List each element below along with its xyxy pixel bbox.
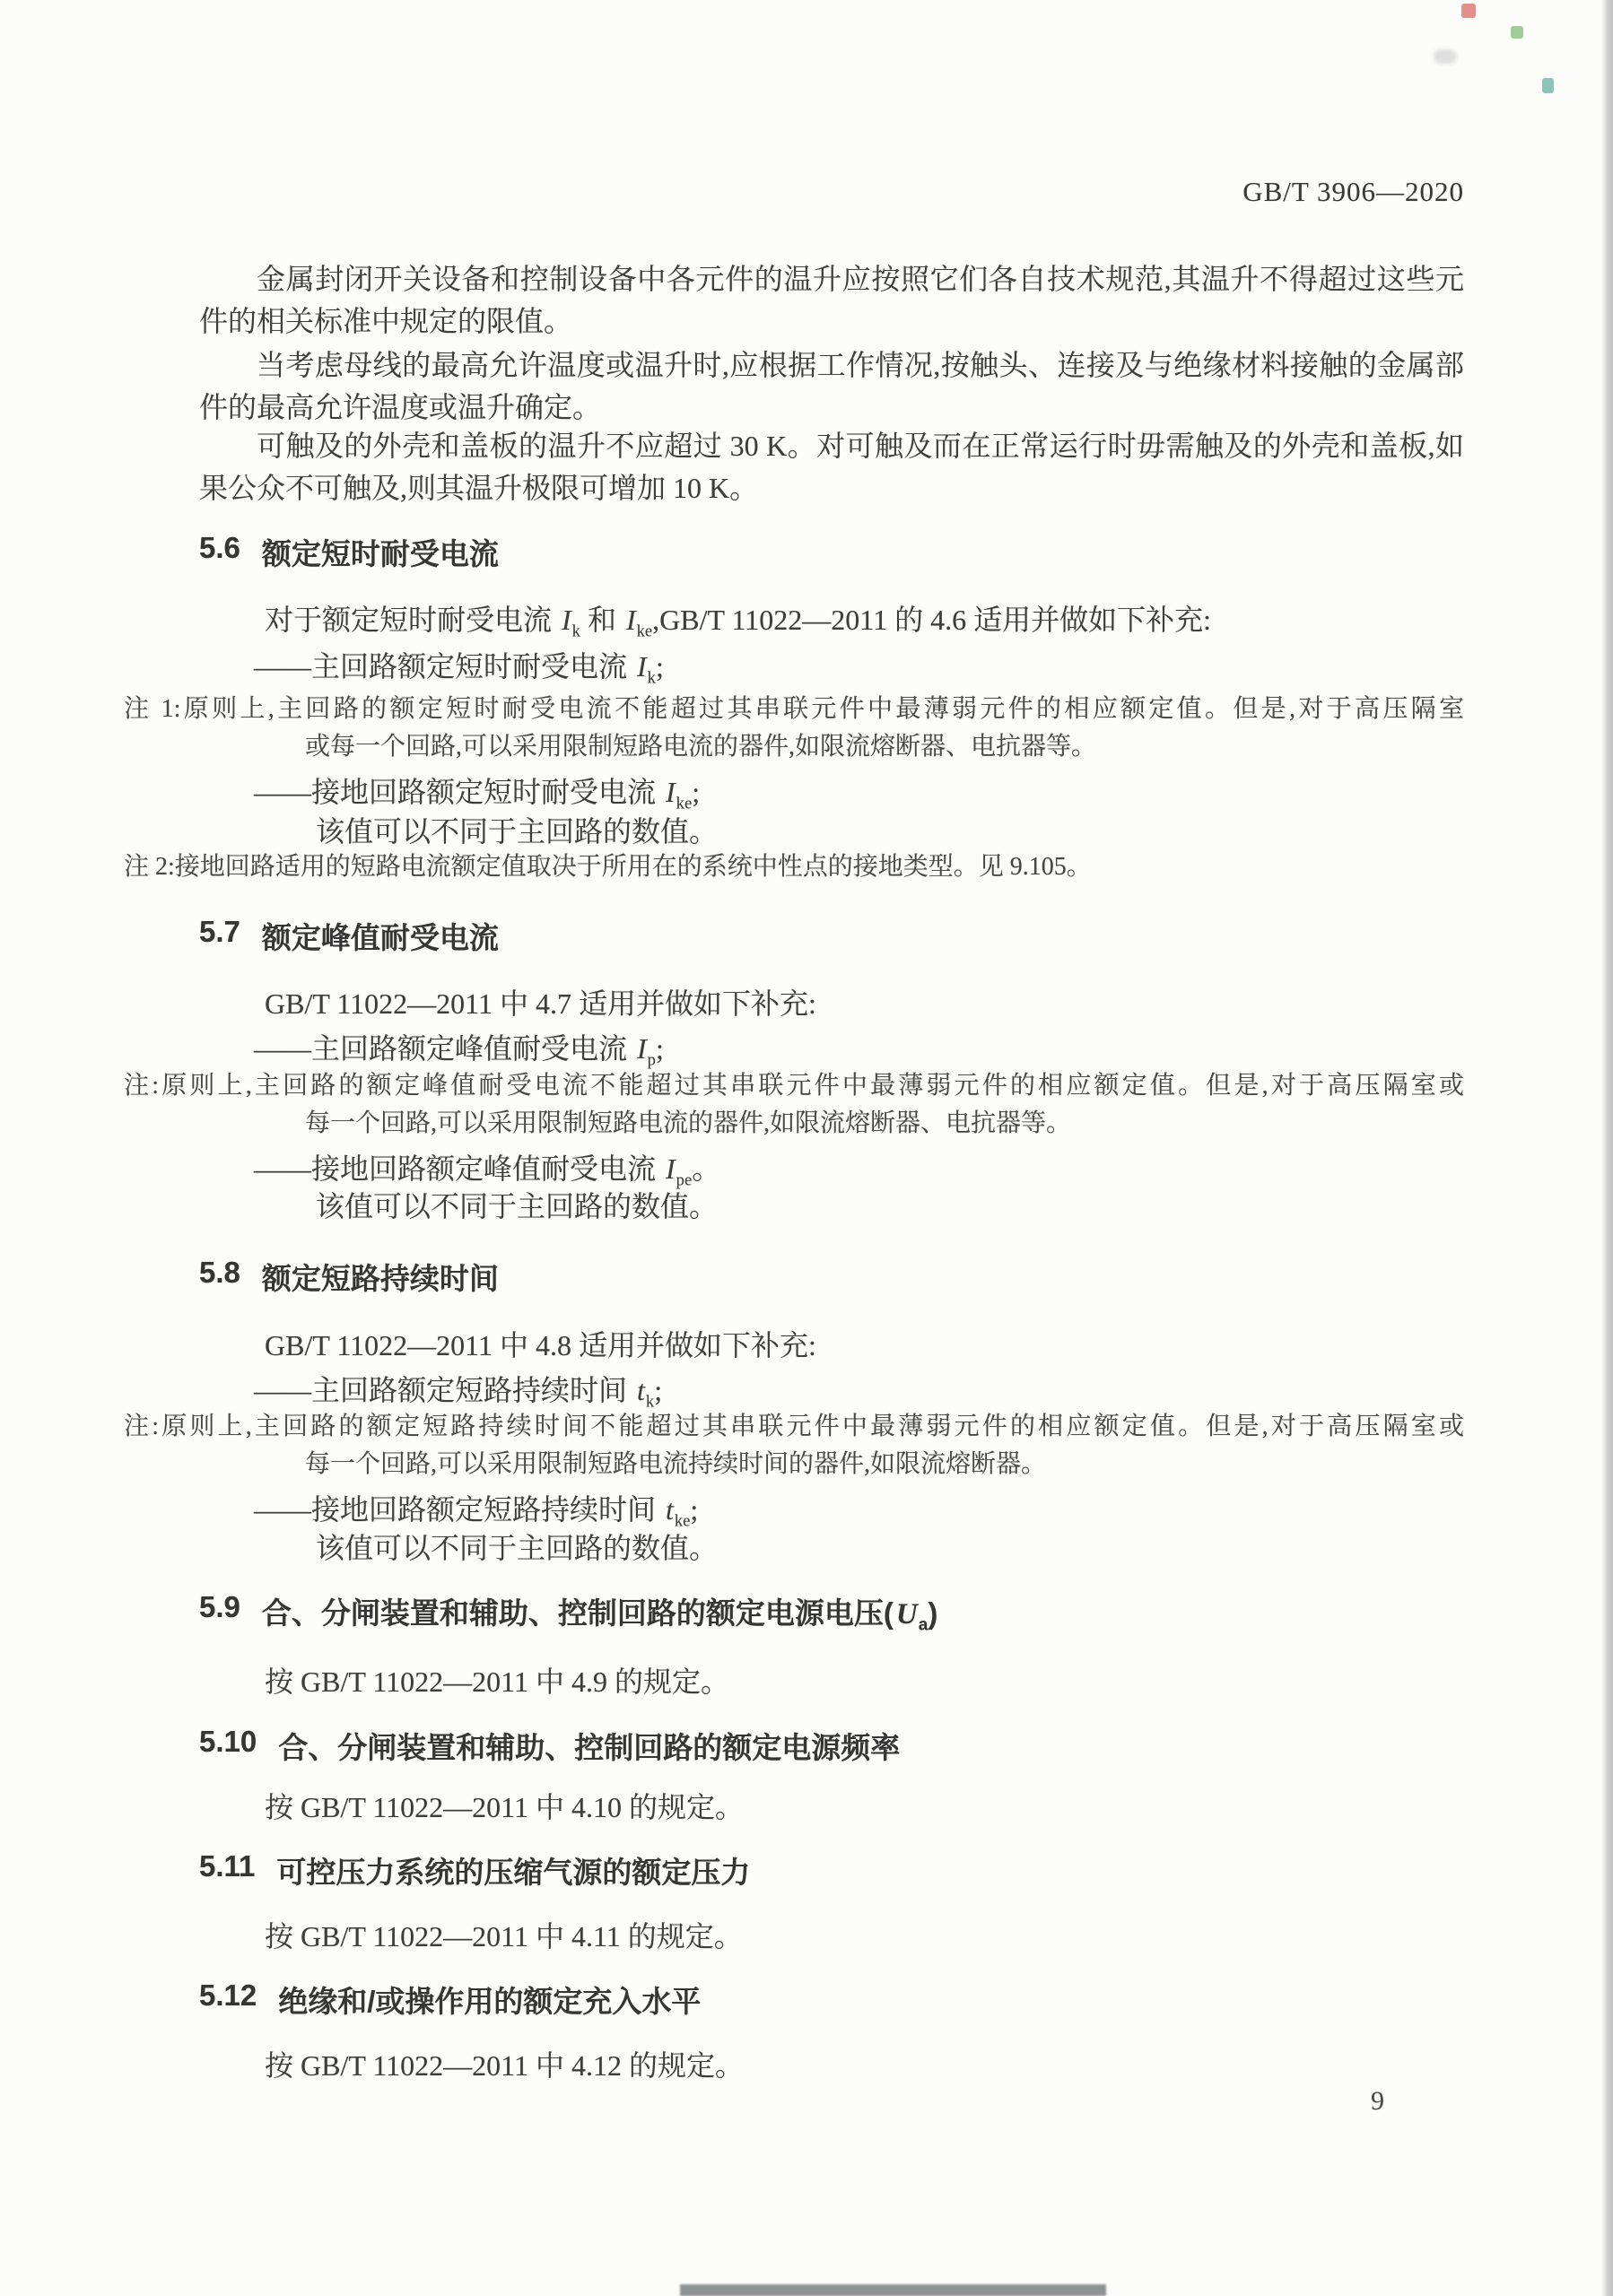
section-5-7-item-main-circuit: ——主回路额定峰值耐受电流 Ip;	[254, 1026, 664, 1067]
section-title: 合、分闸装置和辅助、控制回路的额定电源电压(Ua)	[262, 1590, 937, 1632]
section-5-8-item-earthing-circuit: ——接地回路额定短路持续时间 tke;	[254, 1487, 698, 1528]
text-line: 当考虑母线的最高允许温度或温升时,应根据工作情况,按触头、连接及与绝缘材料接触的…	[199, 344, 1464, 387]
section-heading-5-12: 5.12 绝缘和/或操作用的额定充入水平	[199, 1979, 701, 2021]
section-5-11-body: 按 GB/T 11022—2011 中 4.11 的规定。	[265, 1914, 743, 1955]
section-5-6-item-main-circuit: ——主回路额定短时耐受电流 Ik;	[254, 644, 664, 685]
section-5-6-item-earthing-circuit: ——接地回路额定短时耐受电流 Ike;	[254, 770, 700, 811]
section-5-7-note: 注:原则上,主回路的额定峰值耐受电流不能超过其串联元件中最薄弱元件的相应额定值。…	[124, 1067, 1464, 1143]
section-5-9-body: 按 GB/T 11022—2011 中 4.9 的规定。	[265, 1659, 729, 1700]
text-line: 注:原则上,主回路的额定短路持续时间不能超过其串联元件中最薄弱元件的相应额定值。…	[124, 1408, 1464, 1446]
scan-bottom-strip	[680, 2284, 1106, 2296]
text-line: 可触及的外壳和盖板的温升不应超过 30 K。对可触及而在正常运行时毋需触及的外壳…	[199, 425, 1464, 467]
section-5-10-body: 按 GB/T 11022—2011 中 4.10 的规定。	[265, 1785, 744, 1826]
section-number: 5.7	[199, 915, 240, 957]
text-line: 件的相关标准中规定的限值。	[199, 300, 1464, 343]
section-heading-5-10: 5.10 合、分闸装置和辅助、控制回路的额定电源频率	[199, 1725, 900, 1767]
scan-edge-shadow	[1601, 0, 1613, 2296]
section-5-8-note: 注:原则上,主回路的额定短路持续时间不能超过其串联元件中最薄弱元件的相应额定值。…	[124, 1408, 1464, 1483]
scan-artifact-smudge	[1434, 49, 1457, 64]
section-5-7-intro: GB/T 11022—2011 中 4.7 适用并做如下补充:	[265, 981, 816, 1022]
section-number: 5.9	[199, 1590, 240, 1632]
paragraph-busbar-temperature: 当考虑母线的最高允许温度或温升时,应根据工作情况,按触头、连接及与绝缘材料接触的…	[199, 344, 1464, 429]
section-5-8-item-main-circuit: ——主回路额定短路持续时间 tk;	[254, 1368, 662, 1409]
section-title: 可控压力系统的压缩气源的额定压力	[276, 1849, 750, 1892]
scan-artifact-green-speck	[1511, 26, 1523, 39]
standard-code-header: GB/T 3906—2020	[199, 176, 1464, 208]
section-number: 5.11	[199, 1849, 255, 1892]
paragraph-temperature-rise: 金属封闭开关设备和控制设备中各元件的温升应按照它们各自技术规范,其温升不得超过这…	[199, 258, 1464, 343]
section-heading-5-8: 5.8 额定短路持续时间	[199, 1256, 499, 1298]
scan-artifact-red-speck	[1461, 4, 1476, 18]
text-line: 注:原则上,主回路的额定峰值耐受电流不能超过其串联元件中最薄弱元件的相应额定值。…	[124, 1067, 1464, 1105]
section-title: 合、分闸装置和辅助、控制回路的额定电源频率	[278, 1725, 900, 1767]
section-5-7-item-sub-note: 该值可以不同于主回路的数值。	[316, 1184, 718, 1225]
text-line: 金属封闭开关设备和控制设备中各元件的温升应按照它们各自技术规范,其温升不得超过这…	[199, 258, 1464, 300]
section-title: 额定短路持续时间	[262, 1256, 499, 1298]
text-line: 果公众不可触及,则其温升极限可增加 10 K。	[199, 467, 1464, 509]
text-line: 每一个回路,可以采用限制短路电流持续时间的器件,如限流熔断器。	[124, 1446, 1464, 1483]
section-heading-5-11: 5.11 可控压力系统的压缩气源的额定压力	[199, 1849, 750, 1892]
section-title: 绝缘和/或操作用的额定充入水平	[278, 1979, 701, 2021]
section-5-12-body: 按 GB/T 11022—2011 中 4.12 的规定。	[265, 2043, 744, 2084]
section-5-6-intro: 对于额定短时耐受电流 Ik 和 Ike,GB/T 11022—2011 的 4.…	[265, 597, 1211, 639]
text-line: 或每一个回路,可以采用限制短路电流的器件,如限流熔断器、电抗器等。	[124, 728, 1464, 766]
section-5-7-item-earthing-circuit: ——接地回路额定峰值耐受电流 Ipe。	[254, 1146, 720, 1187]
section-number: 5.10	[199, 1725, 257, 1767]
section-heading-5-7: 5.7 额定峰值耐受电流	[199, 915, 499, 957]
page-number: 9	[1371, 2086, 1384, 2117]
section-title: 额定短时耐受电流	[262, 531, 499, 573]
section-heading-5-6: 5.6 额定短时耐受电流	[199, 531, 499, 573]
section-5-6-item-sub-note: 该值可以不同于主回路的数值。	[316, 809, 718, 850]
paragraph-enclosure-covers: 可触及的外壳和盖板的温升不应超过 30 K。对可触及而在正常运行时毋需触及的外壳…	[199, 425, 1464, 509]
section-number: 5.6	[199, 531, 240, 573]
text-line: 件的最高允许温度或温升确定。	[199, 387, 1464, 429]
section-title: 额定峰值耐受电流	[262, 915, 499, 957]
scanned-standard-page: GB/T 3906—2020 金属封闭开关设备和控制设备中各元件的温升应按照它们…	[0, 0, 1613, 2296]
text-line: 注 1:原则上,主回路的额定短时耐受电流不能超过其串联元件中最薄弱元件的相应额定…	[124, 691, 1464, 728]
section-5-8-intro: GB/T 11022—2011 中 4.8 适用并做如下补充:	[265, 1323, 816, 1364]
section-number: 5.8	[199, 1256, 240, 1298]
text-line: 每一个回路,可以采用限制短路电流的器件,如限流熔断器、电抗器等。	[124, 1105, 1464, 1143]
scan-artifact-teal-speck	[1542, 78, 1554, 93]
section-number: 5.12	[199, 1979, 257, 2021]
section-5-6-note-2: 注 2:接地回路适用的短路电流额定值取决于所用在的系统中性点的接地类型。见 9.…	[124, 847, 1092, 883]
section-heading-5-9: 5.9 合、分闸装置和辅助、控制回路的额定电源电压(Ua)	[199, 1590, 937, 1632]
section-5-8-item-sub-note: 该值可以不同于主回路的数值。	[316, 1526, 718, 1567]
section-5-6-note-1: 注 1:原则上,主回路的额定短时耐受电流不能超过其串联元件中最薄弱元件的相应额定…	[124, 691, 1464, 766]
